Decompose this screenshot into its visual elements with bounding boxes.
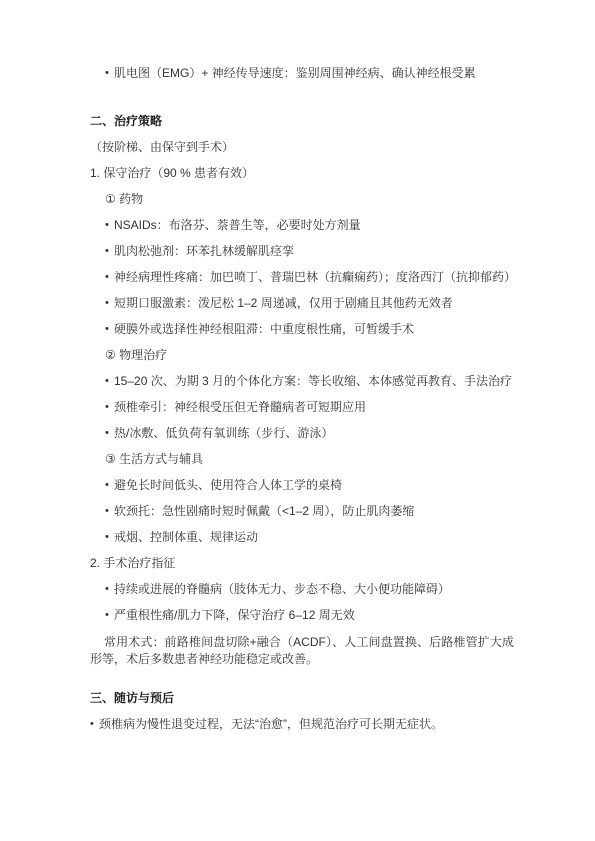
bullet-marker: • xyxy=(90,717,99,732)
surgery-summary-paragraph: 常用术式：前路椎间盘切除+融合（ACDF）、人工间盘置换、后路椎管扩大成形等，术… xyxy=(90,634,514,668)
list-item-text: 肌电图（EMG）+ 神经传导速度：鉴别周围神经病、确认神经根受累 xyxy=(114,66,514,81)
list-item: • 热/冰敷、低负荷有氧训练（步行、游泳） xyxy=(90,426,514,441)
list-item-text: 神经病理性疼痛：加巴喷丁、普瑞巴林（抗癫痫药）；度洛西汀（抗抑郁药） xyxy=(114,270,514,285)
group-label-drugs: ① 药物 xyxy=(90,192,514,207)
list-item: • 神经病理性疼痛：加巴喷丁、普瑞巴林（抗癫痫药）；度洛西汀（抗抑郁药） xyxy=(90,270,514,285)
list-item: • 15–20 次、为期 3 月的个体化方案：等长收缩、本体感觉再教育、手法治疗 xyxy=(90,374,514,389)
list-item-text: 避免长时间低头、使用符合人体工学的桌椅 xyxy=(114,478,514,493)
bullet-marker: • xyxy=(105,66,114,81)
section-heading-followup: 三、随访与预后 xyxy=(90,691,514,706)
group-label-physio: ② 物理治疗 xyxy=(90,348,514,363)
list-item: • 严重根性痛/肌力下降，保守治疗 6–12 周无效 xyxy=(90,608,514,623)
numbered-item-surgery: 2. 手术治疗指征 xyxy=(90,556,514,571)
bullet-marker: • xyxy=(105,374,114,389)
bullet-marker: • xyxy=(105,504,114,519)
list-item-text: 持续或进展的脊髓病（肢体无力、步态不稳、大小便功能障碍） xyxy=(114,582,514,597)
document-page: • 肌电图（EMG）+ 神经传导速度：鉴别周围神经病、确认神经根受累 二、治疗策… xyxy=(0,0,595,841)
list-item: • 硬膜外或选择性神经根阻滞：中重度根性痛，可暂缓手术 xyxy=(90,322,514,337)
bullet-marker: • xyxy=(105,218,114,233)
list-item-text: 戒烟、控制体重、规律运动 xyxy=(114,530,514,545)
bullet-marker: • xyxy=(105,530,114,545)
section-heading-treatment: 二、治疗策略 xyxy=(90,114,514,129)
list-item-prognosis: • 颈椎病为慢性退变过程，无法“治愈”，但规范治疗可长期无症状。 xyxy=(90,717,514,732)
numbered-item-conservative: 1. 保守治疗（90 % 患者有效） xyxy=(90,166,514,181)
list-item: • 持续或进展的脊髓病（肢体无力、步态不稳、大小便功能障碍） xyxy=(90,582,514,597)
bullet-marker: • xyxy=(105,608,114,623)
list-item-text: 15–20 次、为期 3 月的个体化方案：等长收缩、本体感觉再教育、手法治疗 xyxy=(114,374,514,389)
list-item-text: 软颈托：急性剧痛时短时佩戴（<1–2 周），防止肌肉萎缩 xyxy=(114,504,514,519)
bullet-marker: • xyxy=(105,400,114,415)
section-subtitle-treatment: （按阶梯、由保守到手术） xyxy=(90,140,514,155)
list-item-text: 颈椎牵引：神经根受压但无脊髓病者可短期应用 xyxy=(114,400,514,415)
bullet-marker: • xyxy=(105,322,114,337)
list-item: • 软颈托：急性剧痛时短时佩戴（<1–2 周），防止肌肉萎缩 xyxy=(90,504,514,519)
list-item-text: NSAIDs：布洛芬、萘普生等，必要时处方剂量 xyxy=(114,218,514,233)
list-item: • 短期口服激素：泼尼松 1–2 周递减，仅用于剧痛且其他药无效者 xyxy=(90,296,514,311)
document-content: • 肌电图（EMG）+ 神经传导速度：鉴别周围神经病、确认神经根受累 二、治疗策… xyxy=(90,66,514,743)
bullet-marker: • xyxy=(105,426,114,441)
list-item-text: 颈椎病为慢性退变过程，无法“治愈”，但规范治疗可长期无症状。 xyxy=(99,717,514,732)
list-item: • NSAIDs：布洛芬、萘普生等，必要时处方剂量 xyxy=(90,218,514,233)
bullet-marker: • xyxy=(105,296,114,311)
list-item: • 戒烟、控制体重、规律运动 xyxy=(90,530,514,545)
bullet-marker: • xyxy=(105,478,114,493)
list-item-text: 短期口服激素：泼尼松 1–2 周递减，仅用于剧痛且其他药无效者 xyxy=(114,296,514,311)
list-item: • 颈椎牵引：神经根受压但无脊髓病者可短期应用 xyxy=(90,400,514,415)
bullet-marker: • xyxy=(105,582,114,597)
group-label-lifestyle: ③ 生活方式与辅具 xyxy=(90,452,514,467)
list-item-text: 肌肉松弛剂：环苯扎林缓解肌痉挛 xyxy=(114,244,514,259)
list-item: • 避免长时间低头、使用符合人体工学的桌椅 xyxy=(90,478,514,493)
bullet-marker: • xyxy=(105,244,114,259)
list-item-text: 热/冰敷、低负荷有氧训练（步行、游泳） xyxy=(114,426,514,441)
list-item: • 肌肉松弛剂：环苯扎林缓解肌痉挛 xyxy=(90,244,514,259)
list-item-text: 硬膜外或选择性神经根阻滞：中重度根性痛，可暂缓手术 xyxy=(114,322,514,337)
bullet-marker: • xyxy=(105,270,114,285)
list-item-text: 严重根性痛/肌力下降，保守治疗 6–12 周无效 xyxy=(114,608,514,623)
list-item-emg: • 肌电图（EMG）+ 神经传导速度：鉴别周围神经病、确认神经根受累 xyxy=(90,66,514,81)
